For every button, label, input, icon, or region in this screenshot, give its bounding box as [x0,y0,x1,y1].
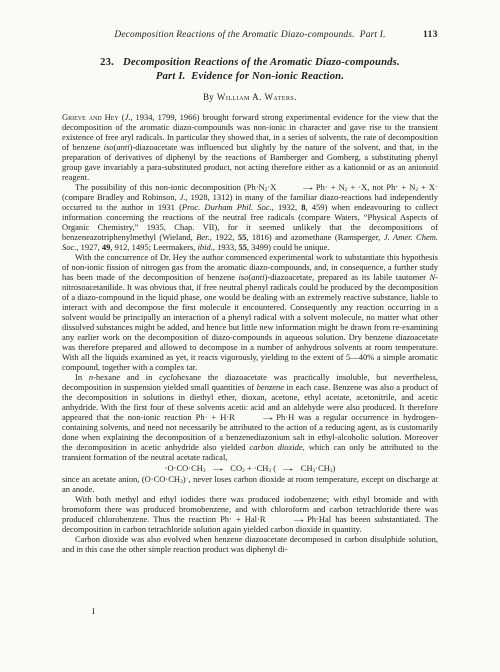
article-title-line-1: 23.Decomposition Reactions of the Aromat… [62,56,438,70]
paragraph: In n-hexane and in cyclohexane the diazo… [62,372,438,462]
paragraph: With both methyl and ethyl iodides there… [62,494,438,534]
equation: ·O·CO·CH3 → CO2 + ·CH3 ( → CH3·CH3) [62,463,438,473]
byline-prefix: By [203,92,214,102]
article-number: 23. [100,57,114,68]
paragraph: since an acetate anion, (O·CO·CH3)−, nev… [62,474,438,494]
signature-mark: I [92,606,95,616]
journal-page: Decomposition Reactions of the Aromatic … [0,0,500,672]
paragraph: The possibility of this non-ionic decomp… [62,182,438,252]
page-number: 113 [423,30,438,41]
text-column: Decomposition Reactions of the Aromatic … [62,30,438,554]
article-title-line-2: Part I. Evidence for Non-ionic Reaction. [62,70,438,84]
paragraph: With the concurrence of Dr. Hey the auth… [62,252,438,372]
paragraph: Carbon dioxide was also evolved when ben… [62,534,438,554]
article-body: Grieve and Hey (J., 1934, 1799, 1966) br… [62,112,438,554]
article-heading: 23.Decomposition Reactions of the Aromat… [62,56,438,102]
paragraph: Grieve and Hey (J., 1934, 1799, 1966) br… [62,112,438,182]
byline: ByWilliam A. Waters. [62,92,438,102]
running-header-title: Decomposition Reactions of the Aromatic … [114,30,385,40]
running-header: Decomposition Reactions of the Aromatic … [62,30,438,41]
author-name: William A. Waters. [217,92,297,102]
article-title-text: Decomposition Reactions of the Aromatic … [123,57,400,68]
